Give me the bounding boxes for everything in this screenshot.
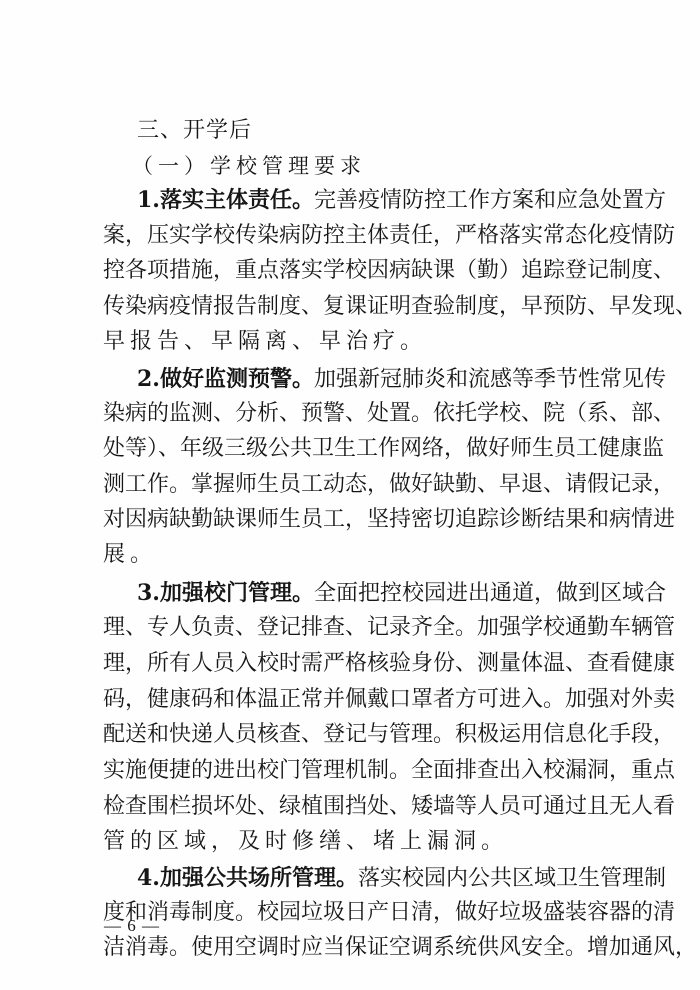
item-2-text: 加强新冠肺炎和流感等季节性常见传	[314, 367, 666, 392]
item-3-title: 3.加强校门管理。	[137, 580, 314, 606]
body-line: 度和消毒制度。校园垃圾日产日清，做好垃圾盛装容器的清	[103, 898, 570, 928]
item-2-title: 2.做好监测预警。	[137, 366, 314, 392]
body-line: 码，健康码和体温正常并佩戴口罩者方可进入。加强对外卖	[103, 685, 570, 715]
item-4-text: 落实校园内公共区域卫生管理制	[358, 866, 666, 891]
body-line: 处等）、年级三级公共卫生工作网络，做好师生员工健康监	[103, 434, 570, 464]
item-1-text: 完善疫情防控工作方案和应急处置方	[314, 188, 666, 213]
page-number: — 6 —	[104, 915, 160, 937]
body-line: 展。	[103, 540, 570, 570]
document-page: 三、开学后 （一）学校管理要求 1.落实主体责任。完善疫情防控工作方案和应急处置…	[0, 0, 700, 990]
body-line: 染病的监测、分析、预警、处置。依托学校、院（系、部、	[103, 399, 570, 429]
item-4-first-line: 4.加强公共场所管理。落实校园内公共区域卫生管理制	[137, 863, 570, 893]
body-line: 对因病缺勤缺课师生员工，坚持密切追踪诊断结果和病情进	[103, 505, 570, 535]
item-4-title: 4.加强公共场所管理。	[137, 865, 358, 891]
item-3-first-line: 3.加强校门管理。全面把控校园进出通道，做到区域合	[137, 578, 570, 608]
body-line: 案，压实学校传染病防控主体责任，严格落实常态化疫情防	[103, 221, 570, 251]
body-line: 洁消毒。使用空调时应当保证空调系统供风安全。增加通风，	[103, 933, 570, 963]
body-line: 实施便捷的进出校门管理机制。全面排查出入校漏洞，重点	[103, 756, 570, 786]
body-line: 传染病疫情报告制度、复课证明查验制度，早预防、早发现、	[103, 292, 570, 322]
section-heading: 三、开学后	[137, 116, 252, 146]
item-1-first-line: 1.落实主体责任。完善疫情防控工作方案和应急处置方	[137, 185, 570, 215]
section-subheading: （一）学校管理要求	[132, 151, 366, 181]
item-1-title: 1.落实主体责任。	[137, 187, 314, 213]
body-line: 理，所有人员入校时需严格核验身份、测量体温、查看健康	[103, 649, 570, 679]
item-3-text: 全面把控校园进出通道，做到区域合	[314, 581, 666, 606]
body-line: 配送和快递人员核查、登记与管理。积极运用信息化手段，	[103, 720, 570, 750]
body-line: 控各项措施，重点落实学校因病缺课（勤）追踪登记制度、	[103, 256, 570, 286]
item-2-first-line: 2.做好监测预警。加强新冠肺炎和流感等季节性常见传	[137, 364, 570, 394]
body-line: 理、专人负责、登记排查、记录齐全。加强学校通勤车辆管	[103, 613, 570, 643]
body-line: 测工作。掌握师生员工动态，做好缺勤、早退、请假记录，	[103, 470, 570, 500]
body-line: 管的区域，及时修缮、堵上漏洞。	[103, 827, 570, 857]
body-line: 检查围栏损坏处、绿植围挡处、矮墙等人员可通过且无人看	[103, 792, 570, 822]
body-line: 早报告、早隔离、早治疗。	[103, 327, 570, 357]
